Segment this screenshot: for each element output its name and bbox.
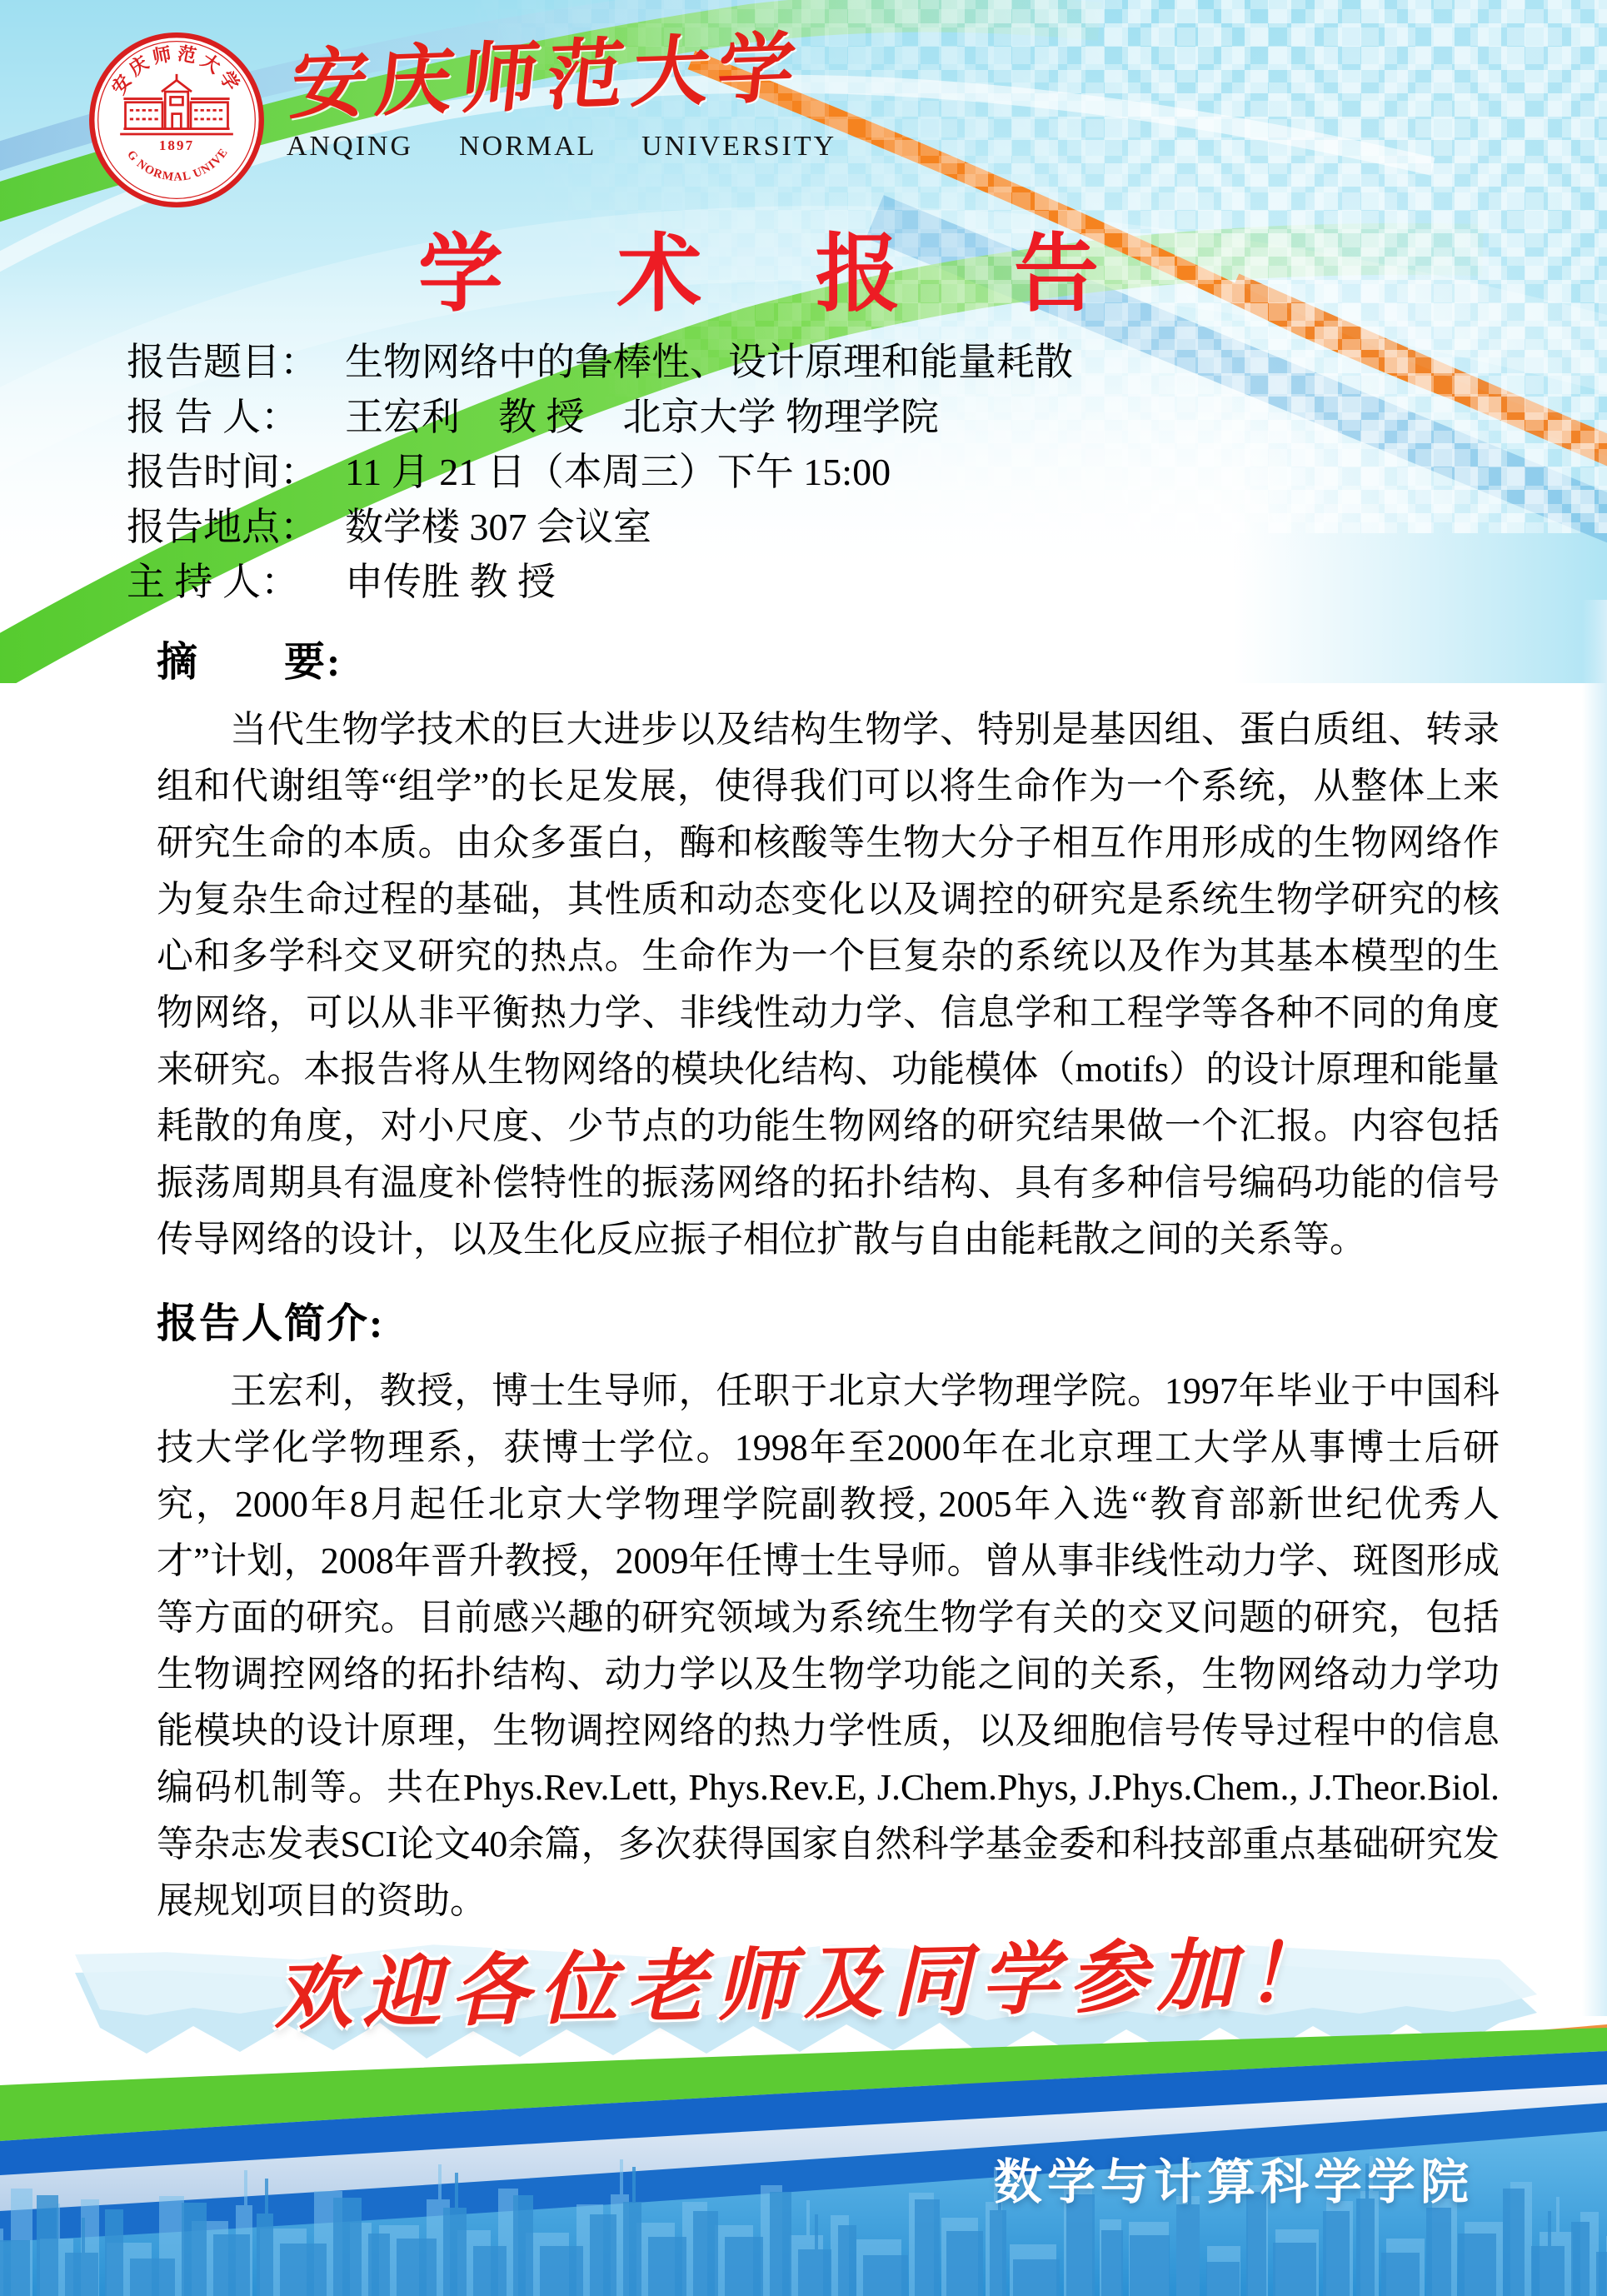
info-label: 报告题目： [127, 332, 345, 387]
info-row-venue: 报告地点： 数学楼 307 会议室 [127, 497, 1073, 552]
info-row-topic: 报告题目： 生物网络中的鲁棒性、设计原理和能量耗散 [127, 332, 1073, 387]
department-name: 数学与计算科学学院 [994, 2143, 1474, 2213]
abstract-section: 摘 要: 当代生物学技术的巨大进步以及结构生物学、特别是基因组、蛋白质组、转录组… [157, 630, 1500, 1305]
info-label: 报告时间： [127, 442, 345, 497]
abstract-body: 当代生物学技术的巨大进步以及结构生物学、特别是基因组、蛋白质组、转录组和代谢组等… [157, 701, 1500, 1268]
info-label: 主 持 人： [127, 552, 345, 606]
info-row-speaker: 报 告 人： 王宏利 教 授 北京大学 物理学院 [127, 387, 1073, 442]
speaker-bio-section: 报告人简介: 王宏利，教授，博士生导师，任职于北京大学物理学院。1997年毕业于… [157, 1291, 1500, 1966]
poster-background: 安庆师范大学 1897 ANQING NORM [0, 0, 1607, 2296]
page-title: 学 术 报 告 [0, 207, 1585, 328]
abstract-heading: 摘 要: [157, 630, 1500, 688]
info-row-time: 报告时间： 11 月 21 日（本周三）下午 15:00 [127, 442, 1073, 497]
university-seal: 安庆师范大学 1897 ANQING NORM [88, 32, 265, 208]
talk-info-list: 报告题目： 生物网络中的鲁棒性、设计原理和能量耗散 报 告 人： 王宏利 教 授… [127, 332, 1073, 606]
university-name-cn: 安庆师范大学 [287, 24, 848, 127]
speaker-value: 王宏利 教 授 北京大学 物理学院 [345, 387, 939, 442]
bio-heading: 报告人简介: [157, 1291, 1500, 1350]
time-value: 11 月 21 日（本周三）下午 15:00 [345, 442, 891, 497]
info-label: 报 告 人： [127, 387, 345, 442]
talk-title-value: 生物网络中的鲁棒性、设计原理和能量耗散 [345, 332, 1073, 387]
host-value: 申传胜 教 授 [345, 552, 556, 606]
venue-value: 数学楼 307 会议室 [345, 497, 651, 552]
seal-year: 1897 [159, 137, 194, 153]
university-name-en: ANQING NORMAL UNIVERSITY [287, 131, 836, 162]
bio-body: 王宏利，教授，博士生导师，任职于北京大学物理学院。1997年毕业于中国科技大学化… [157, 1363, 1500, 1929]
info-label: 报告地点： [127, 497, 345, 552]
university-logo-block: 安庆师范大学 1897 ANQING NORM [88, 32, 836, 208]
right-edge-strip [1582, 600, 1607, 2016]
info-row-host: 主 持 人： 申传胜 教 授 [127, 552, 1073, 606]
